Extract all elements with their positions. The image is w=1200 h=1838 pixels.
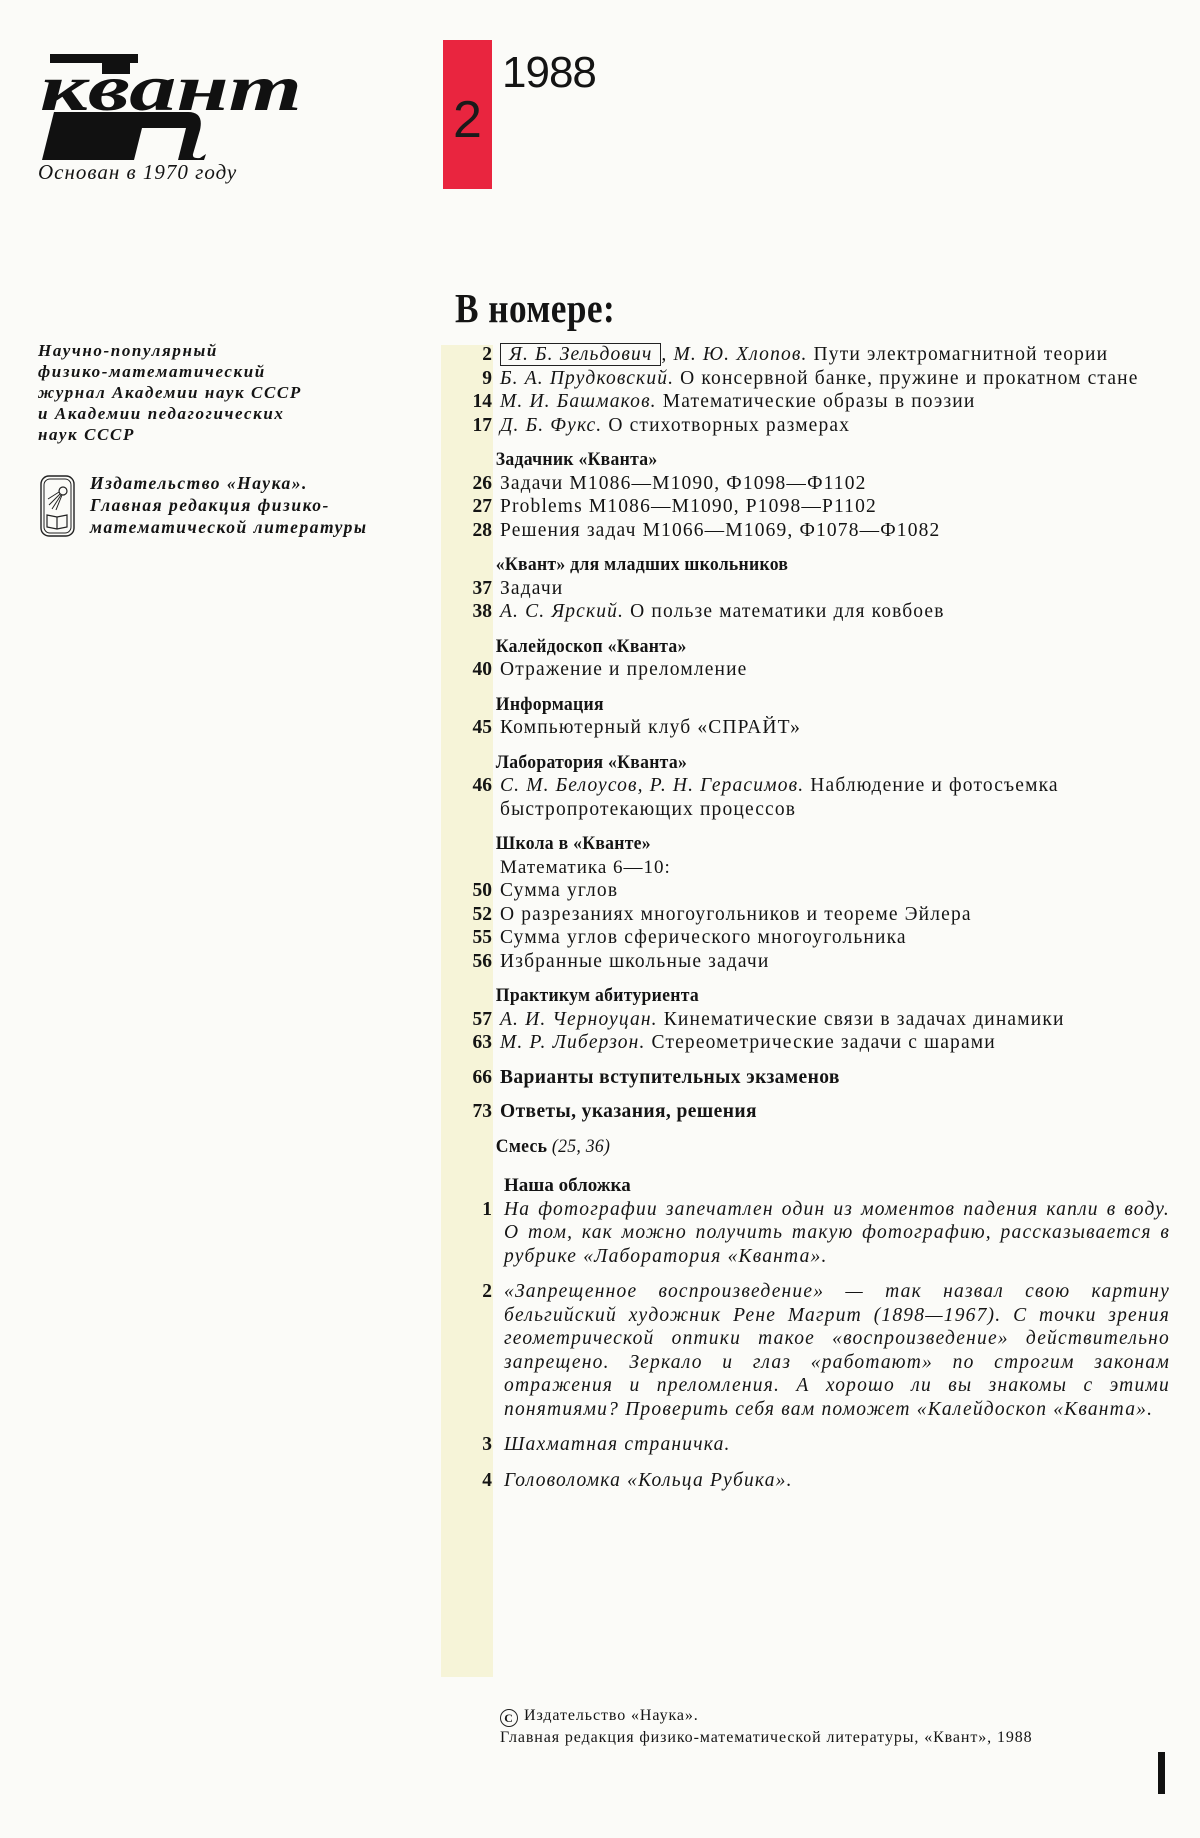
toc-author: Б. А. Прудковский. <box>500 368 674 389</box>
section-title: Лаборатория «Кванта» <box>440 751 1119 775</box>
toc-title: Пути электромагнитной теории <box>808 344 1109 365</box>
toc-entry[interactable]: 40 Отражение и преломление <box>440 658 1170 682</box>
toc-page: 45 <box>440 716 500 740</box>
toc-entry[interactable]: 28 Решения задач М1066—М1069, Ф1078—Ф108… <box>440 519 1170 543</box>
toc-title: Математические образы в поэзии <box>657 391 976 412</box>
toc-entry[interactable]: 17 Д. Б. Фукс. О стихотворных размерах <box>440 414 1170 438</box>
toc-entry[interactable]: 46 С. М. Белоусов, Р. Н. Герасимов. Набл… <box>440 774 1170 821</box>
toc-section-miscellany[interactable]: Смесь (25, 36) <box>440 1135 1170 1159</box>
memorial-author-box: Я. Б. Зельдович <box>500 343 661 366</box>
cover-text: На фотографии запечатлен один из моменто… <box>504 1198 1170 1269</box>
toc-section-cover: Наша обложка 1 На фотографии запечатлен … <box>440 1174 1170 1492</box>
journal-description: Научно-популярный физико-математический … <box>38 340 302 445</box>
toc-author: Д. Б. Фукс. <box>500 415 602 436</box>
toc-entry[interactable]: 26 Задачи М1086—М1090, Ф1098—Ф1102 <box>440 472 1170 496</box>
toc-title: Задачи <box>500 577 1170 601</box>
toc-section-school: Школа в «Кванте» Математика 6—10: 50 Сум… <box>440 832 1170 973</box>
toc-title: Компьютерный клуб «СПРАЙТ» <box>500 716 1170 740</box>
toc-entry[interactable]: 57 А. И. Черноуцан. Кинематические связи… <box>440 1008 1170 1032</box>
toc-page: 26 <box>440 472 500 496</box>
toc-author: М. И. Башмаков. <box>500 391 657 412</box>
table-of-contents: 2 Я. Б. Зельдович, М. Ю. Хлопов. Пути эл… <box>440 343 1170 1492</box>
toc-section-applicant: Практикум абитуриента 57 А. И. Черноуцан… <box>440 984 1170 1055</box>
toc-entry[interactable]: 9 Б. А. Прудковский. О консервной банке,… <box>440 367 1170 391</box>
toc-entry[interactable]: 56 Избранные школьные задачи <box>440 950 1170 974</box>
section-title: Задачник «Кванта» <box>440 448 1119 472</box>
toc-title: О стихотворных размерах <box>602 415 850 436</box>
toc-title: Ответы, указания, решения <box>500 1100 1170 1124</box>
cover-text: Головоломка «Кольца Рубика». <box>504 1469 1170 1493</box>
toc-author: А. С. Ярский. <box>500 601 624 622</box>
toc-section-laboratory: Лаборатория «Кванта» 46 С. М. Белоусов, … <box>440 751 1170 822</box>
issue-year: 1988 <box>502 50 596 96</box>
toc-page: 28 <box>440 519 500 543</box>
toc-section-information: Информация 45 Компьютерный клуб «СПРАЙТ» <box>440 693 1170 740</box>
toc-entry[interactable]: 73 Ответы, указания, решения <box>440 1100 1170 1124</box>
issue-number: 2 <box>443 90 492 150</box>
toc-section-articles: 2 Я. Б. Зельдович, М. Ю. Хлопов. Пути эл… <box>440 343 1170 437</box>
toc-section-answers: 73 Ответы, указания, решения <box>440 1100 1170 1124</box>
toc-section-kaleidoscope: Калейдоскоп «Кванта» 40 Отражение и прел… <box>440 635 1170 682</box>
toc-page: 50 <box>440 879 500 903</box>
toc-page: 14 <box>440 390 500 414</box>
section-title: Наша обложка <box>440 1174 1170 1198</box>
toc-entry[interactable]: 37 Задачи <box>440 577 1170 601</box>
cover-entry[interactable]: 3 Шахматная страничка. <box>440 1433 1170 1457</box>
section-title: Информация <box>440 693 1119 717</box>
toc-title: О пользе математики для ковбоев <box>624 601 945 622</box>
toc-page: 73 <box>440 1100 500 1124</box>
section-title: «Квант» для младших школьников <box>440 553 1119 577</box>
toc-title: Отражение и преломление <box>500 658 1170 682</box>
toc-title: Стереометрические задачи с шарами <box>646 1032 996 1053</box>
toc-page: 38 <box>440 600 500 624</box>
cover-entry[interactable]: 4 Головоломка «Кольца Рубика». <box>440 1469 1170 1493</box>
toc-page: 37 <box>440 577 500 601</box>
copyright-notice: CИздательство «Наука». Главная редакция … <box>500 1705 1033 1748</box>
page-number-1 <box>1158 1752 1165 1794</box>
section-title: Смесь <box>496 1136 547 1157</box>
toc-page: 57 <box>440 1008 500 1032</box>
section-subtitle: Математика 6—10: <box>440 856 1170 880</box>
toc-section-problems: Задачник «Кванта» 26 Задачи М1086—М1090,… <box>440 448 1170 542</box>
toc-section-exams: 66 Варианты вступительных экзаменов <box>440 1066 1170 1090</box>
toc-page: 1 <box>440 1198 504 1269</box>
toc-title: Задачи М1086—М1090, Ф1098—Ф1102 <box>500 472 1170 496</box>
cover-entry[interactable]: 1 На фотографии запечатлен один из момен… <box>440 1198 1170 1269</box>
toc-page: 3 <box>440 1433 504 1457</box>
toc-author: С. М. Белоусов, Р. Н. Герасимов. <box>500 775 804 796</box>
section-title: Практикум абитуриента <box>440 984 1119 1008</box>
toc-entry[interactable]: 14 М. И. Башмаков. Математические образы… <box>440 390 1170 414</box>
toc-title: Problems M1086—M1090, P1098—P1102 <box>500 495 1170 519</box>
toc-entry[interactable]: 63 М. Р. Либерзон. Стереометрические зад… <box>440 1031 1170 1055</box>
cover-text: «Запрещенное воспроизведение» — так назв… <box>504 1280 1170 1421</box>
toc-page: 4 <box>440 1469 504 1493</box>
toc-page: 17 <box>440 414 500 438</box>
section-title: Школа в «Кванте» <box>440 832 1119 856</box>
toc-page: 55 <box>440 926 500 950</box>
kvant-logo: квант <box>38 40 308 160</box>
toc-title: О разрезаниях многоугольников и теореме … <box>500 903 1170 927</box>
section-pages: (25, 36) <box>547 1136 610 1157</box>
toc-page: 46 <box>440 774 500 821</box>
toc-page: 27 <box>440 495 500 519</box>
toc-page: 52 <box>440 903 500 927</box>
toc-entry[interactable]: 66 Варианты вступительных экзаменов <box>440 1066 1170 1090</box>
toc-page: 66 <box>440 1066 500 1090</box>
toc-entry[interactable]: 2 Я. Б. Зельдович, М. Ю. Хлопов. Пути эл… <box>440 343 1170 367</box>
toc-section-junior: «Квант» для младших школьников 37 Задачи… <box>440 553 1170 624</box>
section-title: Калейдоскоп «Кванта» <box>440 635 1119 659</box>
toc-page: 2 <box>440 343 500 367</box>
toc-title: Сумма углов <box>500 879 1170 903</box>
publisher-note: Издательство «Наука». Главная редакция ф… <box>90 472 368 538</box>
copyright-icon: C <box>500 1709 518 1727</box>
toc-entry[interactable]: 55 Сумма углов сферического многоугольни… <box>440 926 1170 950</box>
toc-title: О консервной банке, пружине и прокатном … <box>674 368 1138 389</box>
toc-title: Решения задач М1066—М1069, Ф1078—Ф1082 <box>500 519 1170 543</box>
toc-title: Варианты вступительных экзаменов <box>500 1066 1170 1090</box>
cover-text: Шахматная страничка. <box>504 1433 1170 1457</box>
toc-title: Кинематические связи в задачах динамики <box>658 1009 1065 1030</box>
contents-heading: В номере: <box>455 284 615 332</box>
toc-author: А. И. Черноуцан. <box>500 1009 658 1030</box>
founded-note: Основан в 1970 году <box>38 160 237 185</box>
toc-page: 40 <box>440 658 500 682</box>
cover-entry[interactable]: 2 «Запрещенное воспроизведение» — так на… <box>440 1280 1170 1421</box>
toc-author: , М. Ю. Хлопов. <box>661 344 807 365</box>
nauka-emblem-icon <box>40 475 75 537</box>
toc-entry[interactable]: 27 Problems M1086—M1090, P1098—P1102 <box>440 495 1170 519</box>
toc-page: 56 <box>440 950 500 974</box>
toc-page: 9 <box>440 367 500 391</box>
toc-entry[interactable]: 45 Компьютерный клуб «СПРАЙТ» <box>440 716 1170 740</box>
toc-entry[interactable]: 52 О разрезаниях многоугольников и теоре… <box>440 903 1170 927</box>
toc-page: 63 <box>440 1031 500 1055</box>
toc-entry[interactable]: 50 Сумма углов <box>440 879 1170 903</box>
toc-entry[interactable]: 38 А. С. Ярский. О пользе математики для… <box>440 600 1170 624</box>
toc-title: Сумма углов сферического многоугольника <box>500 926 1170 950</box>
toc-page: 2 <box>440 1280 504 1421</box>
toc-title: Избранные школьные задачи <box>500 950 1170 974</box>
toc-author: М. Р. Либерзон. <box>500 1032 646 1053</box>
